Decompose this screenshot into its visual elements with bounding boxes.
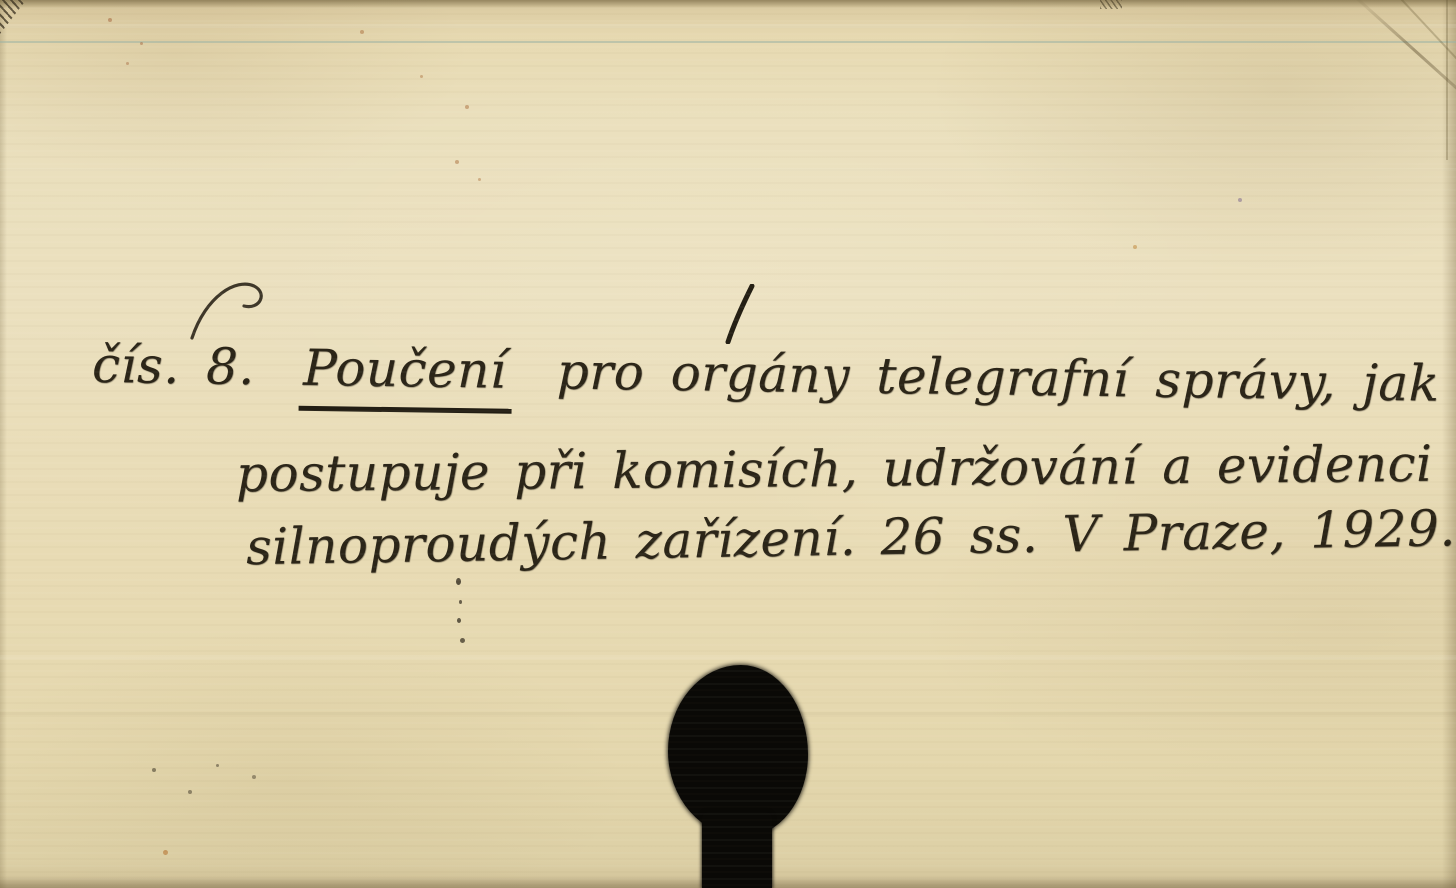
foxing-speckle bbox=[455, 160, 459, 164]
ruled-line bbox=[0, 41, 1456, 43]
crease-right-edge bbox=[1446, 0, 1448, 160]
foxing-speckle bbox=[465, 105, 469, 109]
crease-top-right bbox=[1350, 0, 1456, 108]
foxing-speckle bbox=[478, 178, 481, 181]
scanned-catalog-card: čís. 8. Poučení pro orgány telegrafní sp… bbox=[0, 0, 1456, 888]
foxing-speckle bbox=[152, 768, 156, 772]
pen-flourish-stroke bbox=[724, 284, 758, 344]
punched-hole-stem bbox=[702, 812, 772, 888]
corner-mark-top-left bbox=[0, 0, 26, 34]
foxing-speckle bbox=[108, 18, 112, 22]
entry-number: čís. 8. bbox=[92, 336, 255, 396]
foxing-speckle bbox=[216, 764, 219, 767]
foxing-speckle bbox=[126, 62, 129, 65]
ink-spatter bbox=[457, 618, 461, 623]
scan-edge-right bbox=[1442, 0, 1456, 888]
scan-streak bbox=[0, 168, 1456, 171]
entry-title-continuation: pro orgány telegrafní správy, jak se bbox=[556, 342, 1456, 413]
handwritten-line-3: silnoproudých zařízení. 26 ss. V Praze, … bbox=[246, 498, 1456, 576]
handwritten-line-2: postupuje při komisích, udržování a evid… bbox=[236, 435, 1433, 503]
foxing-speckle bbox=[188, 790, 192, 794]
scan-streak bbox=[0, 655, 1456, 660]
scan-edge-top bbox=[0, 0, 1456, 8]
entry-text-line2: postupuje při komisích, udržování a evid… bbox=[236, 435, 1433, 503]
foxing-speckle bbox=[360, 30, 364, 34]
scan-edge-left bbox=[0, 0, 7, 888]
foxing-speckle bbox=[1238, 198, 1242, 202]
handwritten-line-1: čís. 8. Poučení pro orgány telegrafní sp… bbox=[92, 336, 1456, 428]
foxing-speckle bbox=[252, 775, 256, 779]
foxing-speckle bbox=[420, 75, 423, 78]
ink-spatter bbox=[459, 600, 462, 604]
ink-spatter bbox=[460, 638, 465, 643]
entry-text-line3: silnoproudých zařízení. 26 ss. V Praze, … bbox=[246, 499, 1456, 576]
scan-streak bbox=[0, 24, 1456, 28]
entry-title-underlined: Poučení bbox=[299, 339, 513, 414]
pen-flourish-loop bbox=[188, 276, 298, 346]
corner-mark-top-center bbox=[1100, 0, 1122, 9]
ink-spatter bbox=[456, 578, 461, 585]
foxing-speckle bbox=[1133, 245, 1137, 249]
foxing-speckle bbox=[163, 850, 168, 855]
